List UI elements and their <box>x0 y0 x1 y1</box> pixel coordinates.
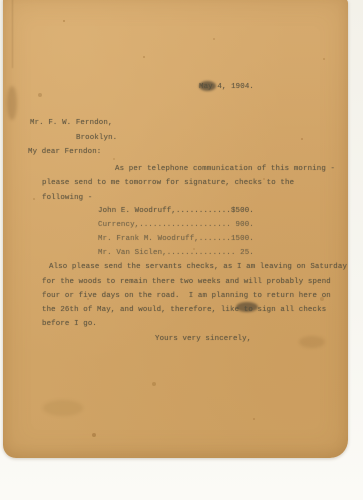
check-line: John E. Woodruff,............$500. <box>98 207 254 216</box>
check-line: Mr. Frank M. Woodruff,.......1500. <box>98 235 254 244</box>
body-line: As per telephone communication of this m… <box>115 165 335 174</box>
paper-stain <box>43 400 83 416</box>
date-line: May 4, 1904. <box>199 83 254 92</box>
body-line: following - <box>42 194 92 203</box>
body-line: for the woods to remain there two weeks … <box>42 278 331 287</box>
body-line: Also please send the servants checks, as… <box>49 263 347 272</box>
body-line: four or five days on the road. I am plan… <box>42 292 331 301</box>
closing-line: Yours very sincerely, <box>155 335 251 344</box>
recipient-name-line: Mr. F. W. Ferndon, <box>30 119 113 128</box>
scan-background: May 4, 1904. Mr. F. W. Ferndon, Brooklyn… <box>0 0 363 500</box>
paper-stain <box>7 86 17 120</box>
letter-page: May 4, 1904. Mr. F. W. Ferndon, Brooklyn… <box>3 0 348 458</box>
check-line: Currency,.................... 900. <box>98 221 254 230</box>
body-line: the 26th of May, and would, therefore, l… <box>42 306 326 315</box>
paper-fold-mark <box>12 0 13 68</box>
paper-stain <box>299 336 325 348</box>
body-line: before I go. <box>42 320 97 329</box>
body-line: please send to me tomorrow for signature… <box>42 179 294 188</box>
check-line: Mr. Van Siclen,............... 25. <box>98 249 254 258</box>
recipient-city-line: Brooklyn. <box>76 134 117 143</box>
salutation-line: My dear Ferndon: <box>28 148 101 157</box>
